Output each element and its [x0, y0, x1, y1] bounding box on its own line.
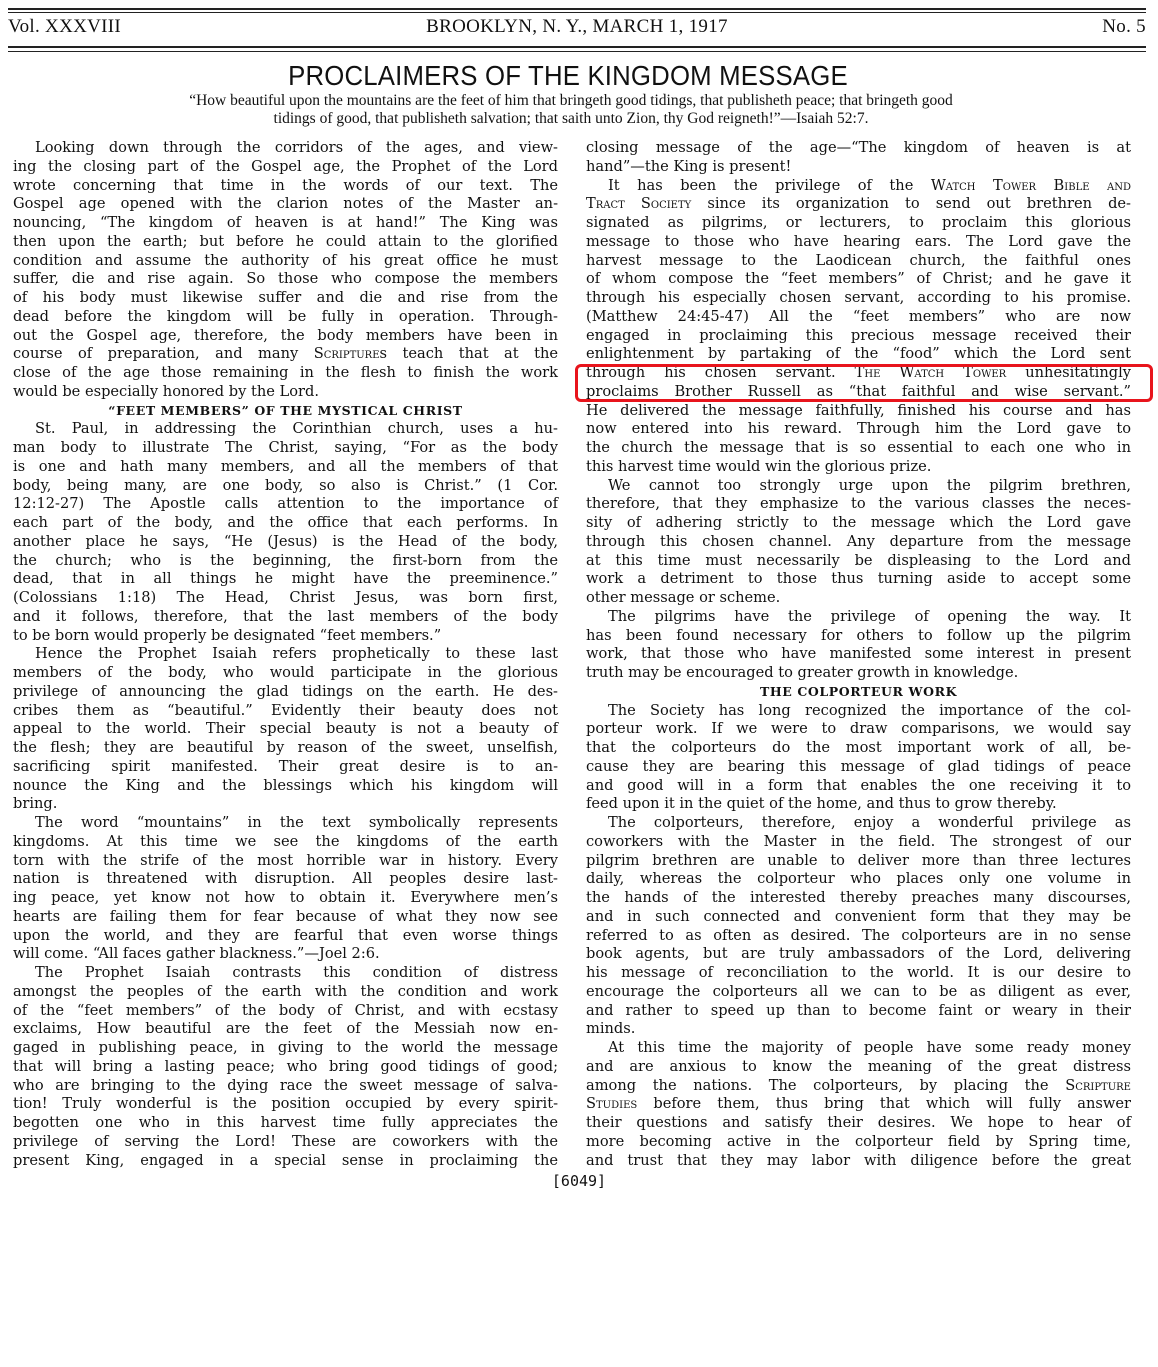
text-line: pilgrim brethren are unable to deliver m…: [586, 852, 1131, 871]
page-number: [6049]: [0, 1172, 1158, 1190]
text-line: sity of adhering strictly to the message…: [586, 514, 1131, 533]
text-line: coworkers with the Master in the field. …: [586, 833, 1131, 852]
text-line: cause they are bearing this message of g…: [586, 758, 1131, 777]
text-line: wrote concerning that time in the words …: [13, 177, 558, 196]
text-line: The Society has long recognized the impo…: [586, 702, 1131, 721]
text-line: torn with the strife of the most horribl…: [13, 852, 558, 871]
text-line: The word “mountains” in the text symboli…: [13, 814, 558, 833]
epigraph-line: “How beautiful upon the mountains are th…: [6, 92, 1136, 110]
text-line: sacrificing spirit manifested. Their gre…: [13, 758, 558, 777]
text-line: proclaims Brother Russell as “that faith…: [586, 383, 1131, 402]
text-line: dead before the kingdom will be fully in…: [13, 308, 558, 327]
text-line: of the “feet members” of the body of Chr…: [13, 1002, 558, 1021]
text-line: The colporteurs, therefore, enjoy a wond…: [586, 814, 1131, 833]
text-line: and in such connected and convenient for…: [586, 908, 1131, 927]
text-line: nation is threatened with disruption. Al…: [13, 870, 558, 889]
text-line: through this chosen channel. Any departu…: [586, 533, 1131, 552]
masthead-rule-bottom-1: [8, 46, 1146, 48]
text-line: suffer, die and rise again. So those who…: [13, 270, 558, 289]
masthead-rule-bottom-2: [8, 51, 1146, 52]
issue-number: No. 5: [1102, 16, 1146, 38]
text-line: the hands of the interested thereby prea…: [586, 889, 1131, 908]
text-line: another place he says, “He (Jesus) is th…: [13, 533, 558, 552]
text-line: encourage the colporteurs all we can to …: [586, 983, 1131, 1002]
text-line: of whom compose the “feet members” of Ch…: [586, 270, 1131, 289]
text-line: has been found necessary for others to f…: [586, 627, 1131, 646]
masthead: Vol. XXXVIII BROOKLYN, N. Y., MARCH 1, 1…: [8, 14, 1146, 42]
text-line: begotten one who in this harvest time fu…: [13, 1114, 558, 1133]
text-line: bring.: [13, 795, 558, 814]
text-line: Hence the Prophet Isaiah refers propheti…: [13, 645, 558, 664]
text-line: members of the body, who would participa…: [13, 664, 558, 683]
text-line: engaged in proclaiming this precious mes…: [586, 327, 1131, 346]
text-line: minds.: [586, 1020, 1131, 1039]
text-line: to be born would properly be designated …: [13, 627, 558, 646]
text-line: out the Gospel age, therefore, the body …: [13, 327, 558, 346]
location-date: BROOKLYN, N. Y., MARCH 1, 1917: [8, 16, 1146, 38]
text-line: and trust that they may labor with dilig…: [586, 1152, 1131, 1171]
text-line: and it follows, therefore, that the last…: [13, 608, 558, 627]
text-line: is one and hath many members, and all th…: [13, 458, 558, 477]
text-line: man body to illustrate The Christ, sayin…: [13, 439, 558, 458]
text-line: Studies before them, thus bring that whi…: [586, 1095, 1131, 1114]
text-line: of his body must likewise suffer and die…: [13, 289, 558, 308]
text-line: (Colossians 1:18) The Head, Christ Jesus…: [13, 589, 558, 608]
text-line: At this time the majority of people have…: [586, 1039, 1131, 1058]
text-line: cribes them as “beautiful.” Evidently th…: [13, 702, 558, 721]
text-line: therefore, that they emphasize to the va…: [586, 495, 1131, 514]
text-line: (Matthew 24:45-47) All the “feet members…: [586, 308, 1131, 327]
text-line: privilege of serving the Lord! These are…: [13, 1133, 558, 1152]
text-line: ing the closing part of the Gospel age, …: [13, 158, 558, 177]
text-line: Looking down through the corridors of th…: [13, 139, 558, 158]
text-line: truth may be encouraged to greater growt…: [586, 664, 1131, 683]
text-line: and are anxious to know the meaning of t…: [586, 1058, 1131, 1077]
text-line: at this time must necessarily be displea…: [586, 552, 1131, 571]
text-line: closing message of the age—“The kingdom …: [586, 139, 1131, 158]
text-line: present King, engaged in a special sense…: [13, 1152, 558, 1171]
text-line: signated as pilgrims, or lecturers, to p…: [586, 214, 1131, 233]
text-line: amongst the peoples of the earth with th…: [13, 983, 558, 1002]
text-line: feed upon it in the quiet of the home, a…: [586, 795, 1131, 814]
text-line: hearts are failing them for fear because…: [13, 908, 558, 927]
text-line: daily, whereas the colporteur who places…: [586, 870, 1131, 889]
epigraph: “How beautiful upon the mountains are th…: [6, 92, 1136, 128]
text-line: tion! Truly wonderful is the position oc…: [13, 1095, 558, 1114]
text-line: work a detriment to those thus turning a…: [586, 570, 1131, 589]
text-line: work, that those who have manifested som…: [586, 645, 1131, 664]
text-line: would be especially honored by the Lord.: [13, 383, 558, 402]
text-line: body, being many, are one body, so also …: [13, 477, 558, 496]
text-line: enlightenment by partaking of the “food”…: [586, 345, 1131, 364]
text-line: referred to as often as desired. The col…: [586, 927, 1131, 946]
text-line: this harvest time would win the glorious…: [586, 458, 1131, 477]
masthead-rule-top-2: [8, 12, 1146, 13]
text-line: The Prophet Isaiah contrasts this condit…: [13, 964, 558, 983]
epigraph-line: tidings of good, that publisheth salvati…: [6, 110, 1136, 128]
text-line: appeal to the world. Their special beaut…: [13, 720, 558, 739]
text-line: book agents, but are truly ambassadors o…: [586, 945, 1131, 964]
section-heading: “FEET MEMBERS” OF THE MYSTICAL CHRIST: [13, 402, 558, 421]
text-line: and good will in a form that enables the…: [586, 777, 1131, 796]
text-line: that the colporteurs do the most importa…: [586, 739, 1131, 758]
text-line: porteur work. If we were to draw compari…: [586, 720, 1131, 739]
right-column: closing message of the age—“The kingdom …: [586, 139, 1131, 1170]
text-line: hand”—the King is present!: [586, 158, 1131, 177]
text-line: more becoming active in the colporteur f…: [586, 1133, 1131, 1152]
text-line: nounce the King and the blessings which …: [13, 777, 558, 796]
text-line: gaged in publishing peace, in giving to …: [13, 1039, 558, 1058]
text-line: among the nations. The colporteurs, by p…: [586, 1077, 1131, 1096]
text-line: through his especially chosen servant, a…: [586, 289, 1131, 308]
text-line: 12:12-27) The Apostle calls attention to…: [13, 495, 558, 514]
text-line: message to those who have hearing ears. …: [586, 233, 1131, 252]
text-line: and rather to speed up than to become fa…: [586, 1002, 1131, 1021]
text-line: exclaims, How beautiful are the feet of …: [13, 1020, 558, 1039]
text-line: kingdoms. At this time we see the kingdo…: [13, 833, 558, 852]
article-title: PROCLAIMERS OF THE KINGDOM MESSAGE: [45, 60, 1090, 92]
left-column: Looking down through the corridors of th…: [13, 139, 558, 1170]
text-line: St. Paul, in addressing the Corinthian c…: [13, 420, 558, 439]
text-line: The pilgrims have the privilege of openi…: [586, 608, 1131, 627]
section-heading: THE COLPORTEUR WORK: [586, 683, 1131, 702]
text-line: through his chosen servant. The Watch To…: [586, 364, 1131, 383]
text-line: now entered into his reward. Through him…: [586, 420, 1131, 439]
text-line: upon the world, and they are fearful tha…: [13, 927, 558, 946]
text-line: We cannot too strongly urge upon the pil…: [586, 477, 1131, 496]
text-line: privilege of announcing the glad tidings…: [13, 683, 558, 702]
text-line: then upon the earth; but before he could…: [13, 233, 558, 252]
text-line: condition and assume the authority of hi…: [13, 252, 558, 271]
text-line: dead, that in all things he might have t…: [13, 570, 558, 589]
text-line: close of the age those remaining in the …: [13, 364, 558, 383]
text-line: ing peace, yet know not how to obtain it…: [13, 889, 558, 908]
text-line: course of preparation, and many Scriptur…: [13, 345, 558, 364]
text-line: the church the message that is so essent…: [586, 439, 1131, 458]
text-line: Tract Society since its organization to …: [586, 195, 1131, 214]
text-line: their questions and satisfy their desire…: [586, 1114, 1131, 1133]
text-line: He delivered the message faithfully, fin…: [586, 402, 1131, 421]
text-line: nouncing, “The kingdom of heaven is at h…: [13, 214, 558, 233]
text-line: Gospel age opened with the clarion notes…: [13, 195, 558, 214]
text-line: other message or scheme.: [586, 589, 1131, 608]
text-line: who are bringing to the dying race the s…: [13, 1077, 558, 1096]
text-line: harvest message to the Laodicean church,…: [586, 252, 1131, 271]
text-line: It has been the privilege of the Watch T…: [586, 177, 1131, 196]
text-line: will come. “All faces gather blackness.”…: [13, 945, 558, 964]
text-line: the church; who is the beginning, the fi…: [13, 552, 558, 571]
text-line: each part of the body, and the office th…: [13, 514, 558, 533]
text-line: his message of reconciliation to the wor…: [586, 964, 1131, 983]
text-line: the flesh; they are beautiful by reason …: [13, 739, 558, 758]
masthead-rule-top-1: [8, 8, 1146, 10]
text-line: that will bring a lasting peace; who bri…: [13, 1058, 558, 1077]
